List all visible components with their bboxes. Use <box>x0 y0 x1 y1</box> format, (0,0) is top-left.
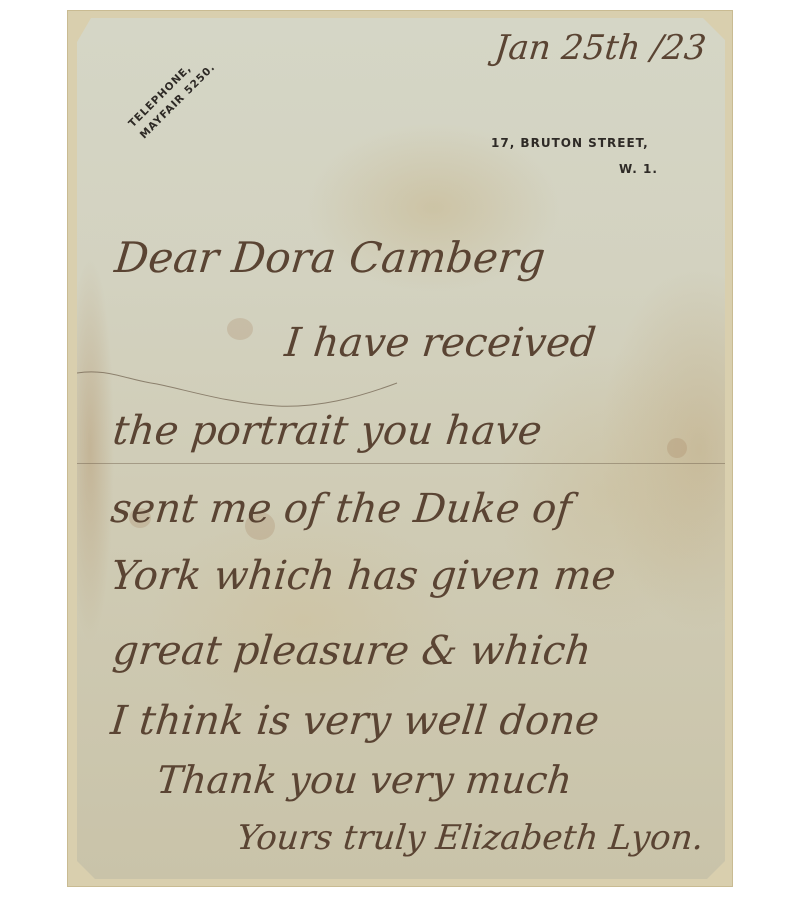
body-line: Thank you very much <box>155 758 575 802</box>
telephone-letterhead: TELEPHONE, MAYFAIR 5250. <box>125 48 219 142</box>
body-line: I have received <box>283 320 598 366</box>
body-line: the portrait you have <box>111 408 545 454</box>
body-line: sent me of the Duke of <box>109 486 574 532</box>
stain <box>227 318 253 340</box>
handwritten-date: Jan 25th /23 <box>493 28 708 68</box>
letter-paper: TELEPHONE, MAYFAIR 5250. 17, BRUTON STRE… <box>77 18 725 879</box>
body-line: York which has given me <box>109 553 618 599</box>
body-line: I think is very well done <box>109 698 602 744</box>
address-line-1: 17, BRUTON STREET, <box>491 136 649 150</box>
address-line-2: W. 1. <box>619 162 658 176</box>
fold-line <box>77 463 725 464</box>
body-line: great pleasure & which <box>111 628 594 674</box>
stain <box>667 438 687 458</box>
closing-signature: Yours truly Elizabeth Lyon. <box>235 818 706 858</box>
letter-mount: TELEPHONE, MAYFAIR 5250. 17, BRUTON STRE… <box>67 10 733 887</box>
salutation: Dear Dora Camberg <box>112 233 547 282</box>
